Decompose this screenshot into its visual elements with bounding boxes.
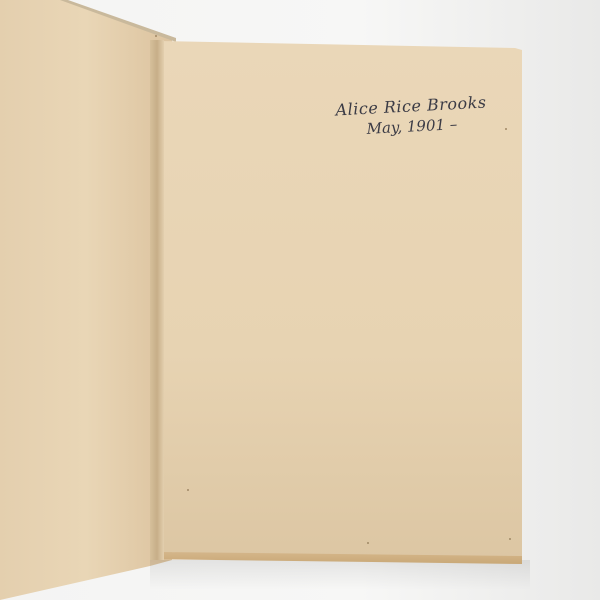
book-shadow: [150, 560, 530, 590]
left-endpaper: [0, 0, 172, 600]
book-photo: Alice Rice Brooks May, 1901 –: [0, 0, 600, 600]
foxing-spot: [187, 489, 189, 491]
foxing-spot: [367, 542, 369, 544]
foxing-spot: [509, 538, 511, 540]
foxing-spot: [505, 128, 507, 130]
foxing-spot: [155, 35, 157, 37]
book-gutter: [150, 40, 164, 560]
